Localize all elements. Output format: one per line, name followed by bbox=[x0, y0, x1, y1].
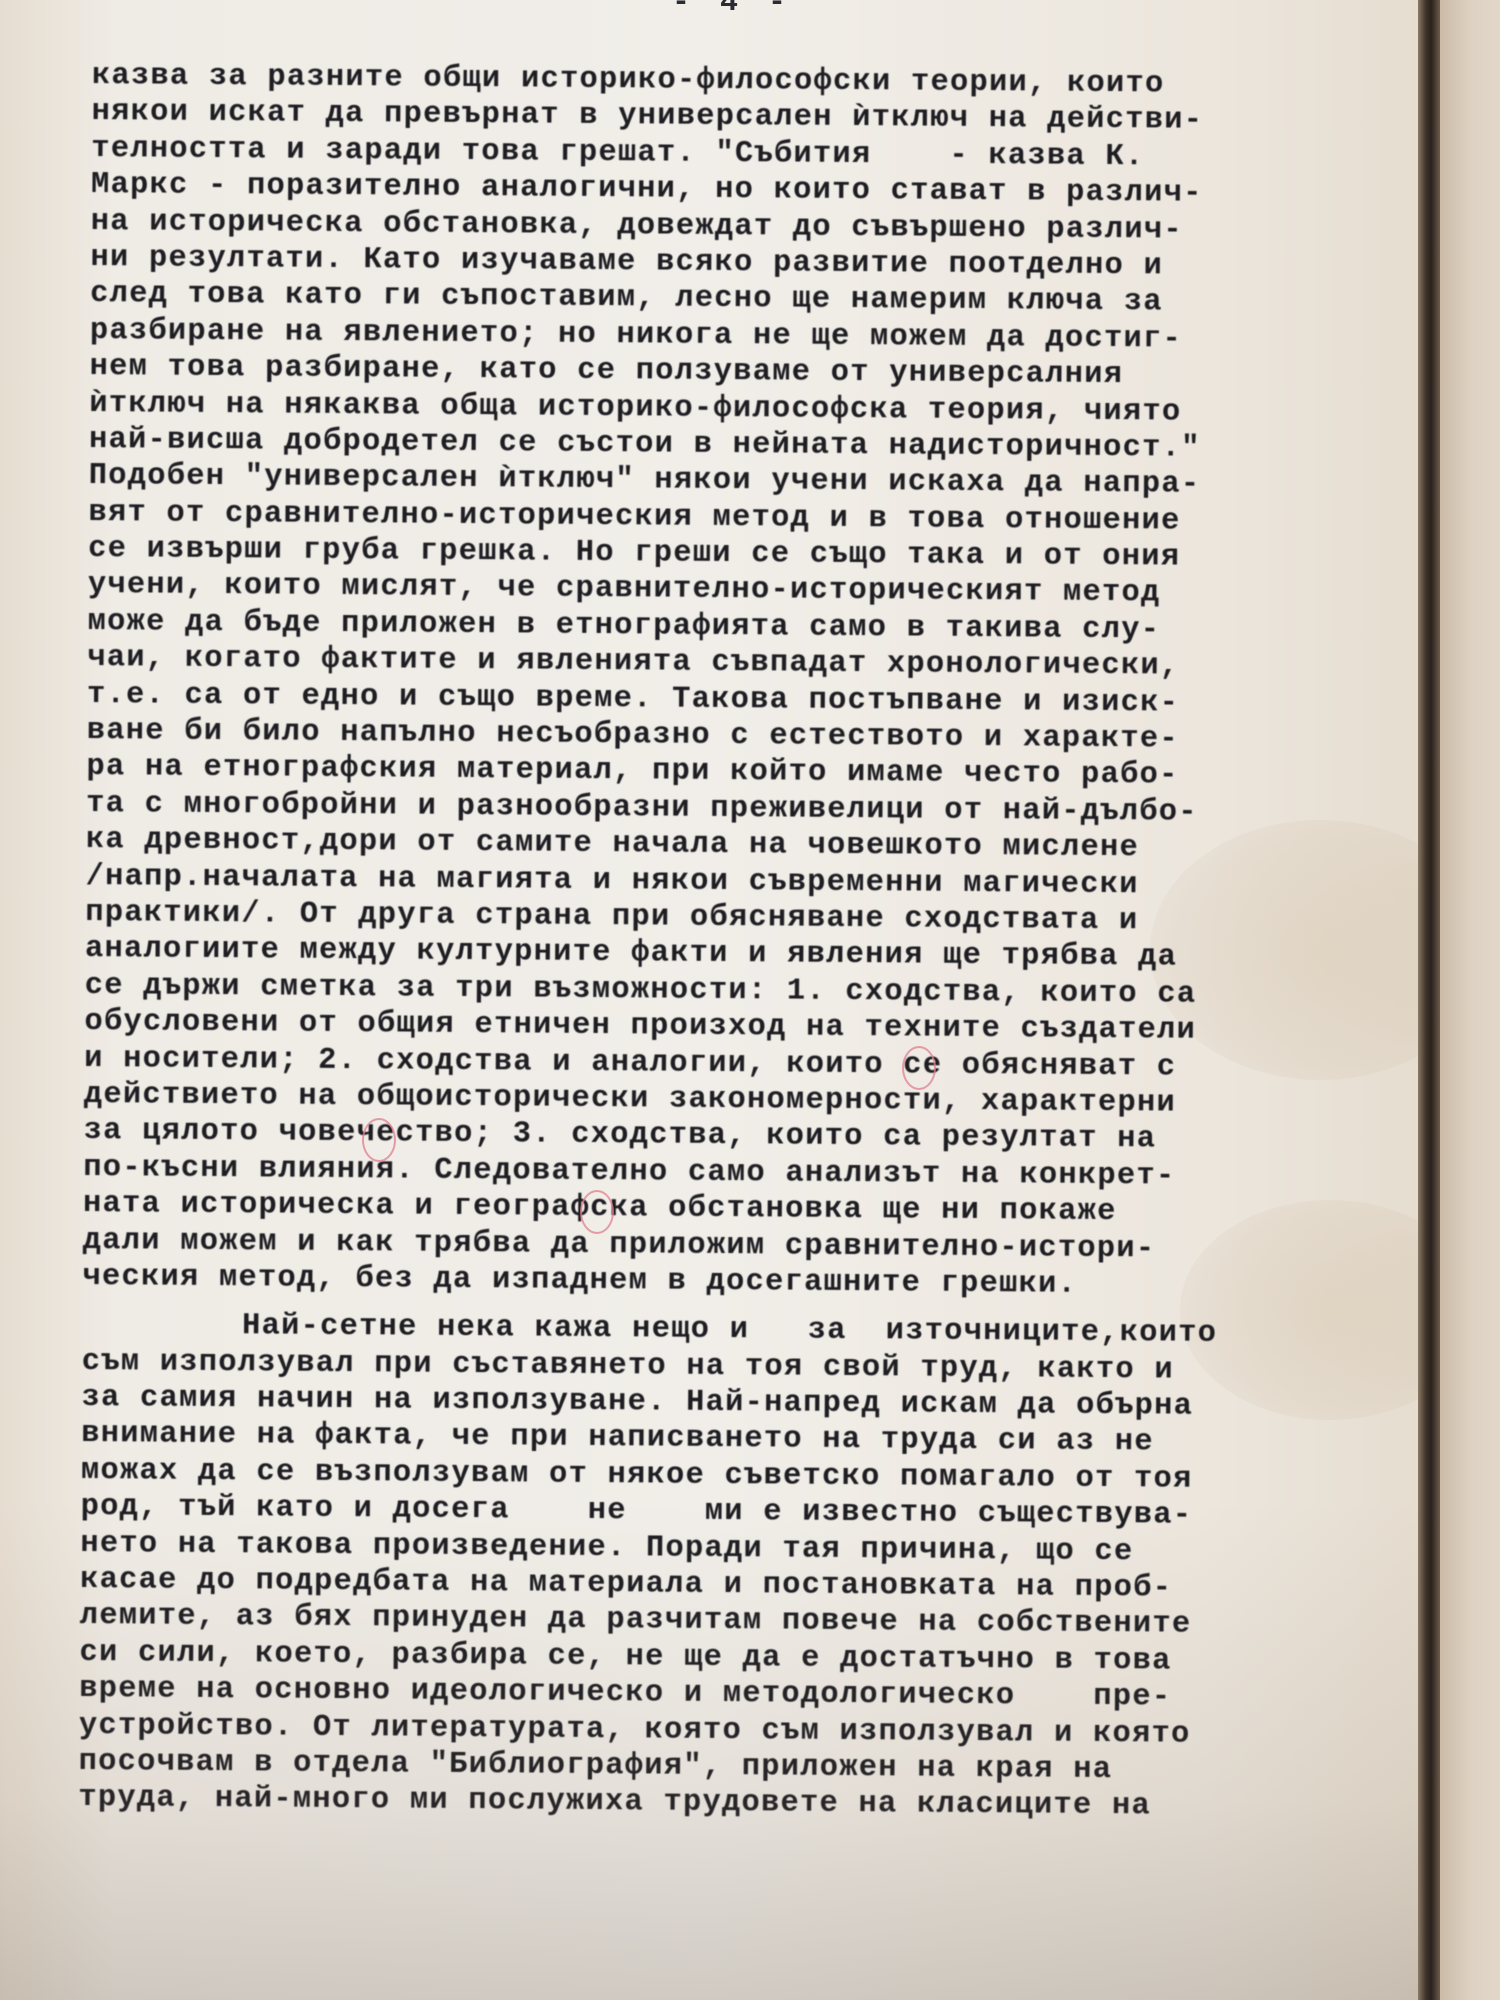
page-shadow bbox=[0, 1500, 1418, 2000]
page-number: - 4 - bbox=[672, 0, 792, 20]
red-circle-mark-2 bbox=[362, 1118, 396, 1162]
red-circle-mark-1 bbox=[902, 1046, 936, 1090]
book-binding-gutter bbox=[1418, 0, 1440, 2000]
paragraph-1: казва за разните общи историко-философск… bbox=[82, 58, 1392, 1305]
red-circle-mark-3 bbox=[580, 1190, 614, 1234]
typewritten-page: - 4 - казва за разните общи историко-фил… bbox=[0, 0, 1418, 2000]
adjacent-page-edge bbox=[1440, 0, 1500, 2000]
document-photo: - 4 - казва за разните общи историко-фил… bbox=[0, 0, 1500, 2000]
